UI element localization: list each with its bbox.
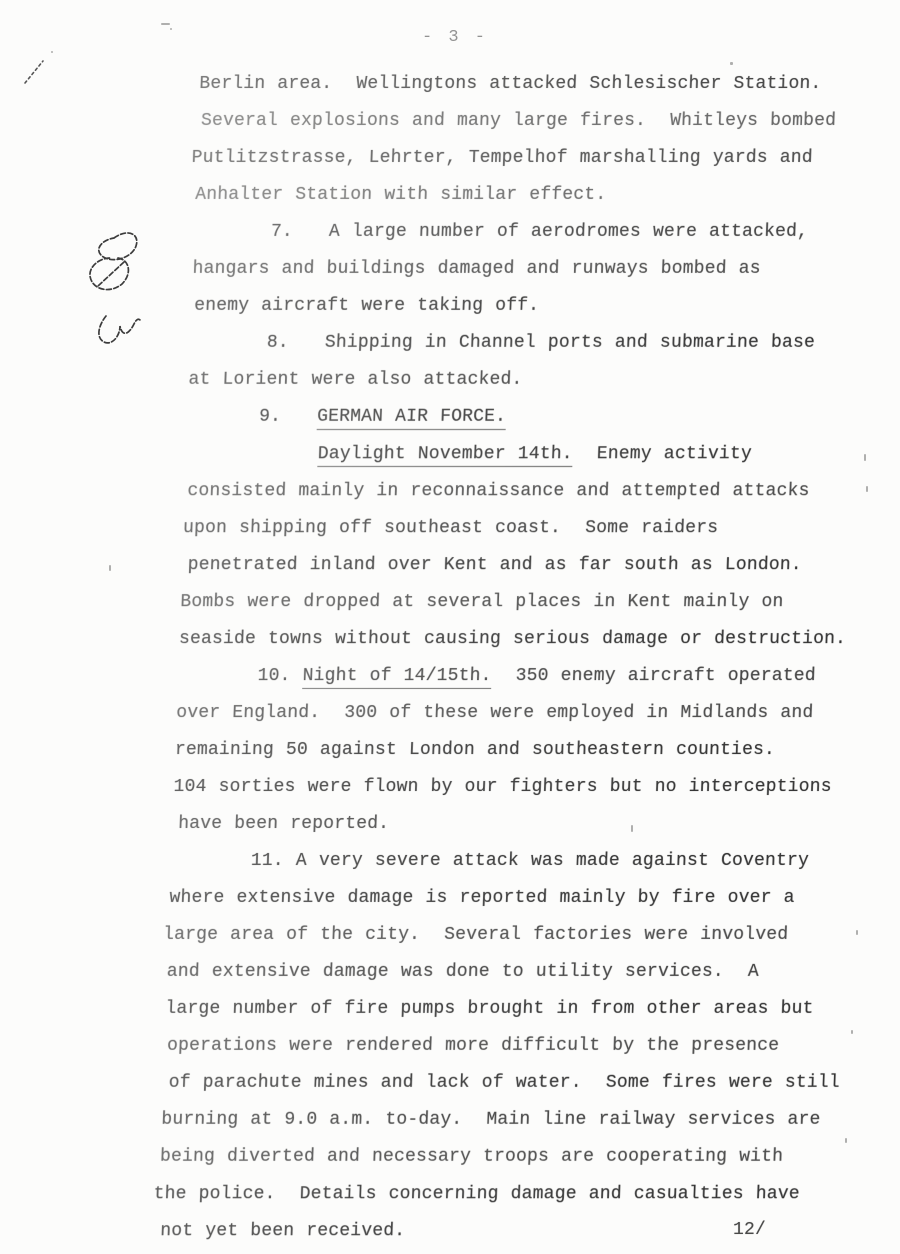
text-line: 10. Night of 14/15th. 350 enemy aircraft… [0, 658, 878, 695]
document-page: - 3 - Berlin area. Wellingtons attacked … [0, 0, 900, 1254]
text-segment: 10. [257, 666, 303, 686]
text-segment: seaside towns without causing serious da… [179, 629, 847, 649]
text-line: seaside towns without causing serious da… [0, 621, 880, 658]
ink-speck [864, 454, 866, 461]
text-line: large number of fire pumps brought in fr… [0, 991, 866, 1028]
text-segment: consisted mainly in reconnaissance and a… [187, 481, 810, 501]
text-line: have been reported. [0, 806, 873, 843]
text-line: and extensive damage was done to utility… [0, 954, 867, 991]
text-segment: of parachute mines and lack of water. So… [168, 1073, 840, 1093]
text-line: Putlitzstrasse, Lehrter, Tempelhof marsh… [0, 140, 897, 177]
ink-speck [161, 23, 170, 25]
text-line: 7. A large number of aerodromes were att… [0, 214, 895, 251]
ink-speck [170, 28, 172, 30]
text-segment: remaining 50 against London and southeas… [175, 740, 776, 760]
text-segment: enemy aircraft were taking off. [194, 296, 540, 316]
text-line: consisted mainly in reconnaissance and a… [0, 473, 885, 510]
text-line: not yet been received. [0, 1213, 858, 1250]
text-line: 104 sorties were flown by our fighters b… [0, 769, 874, 806]
text-line: operations were rendered more difficult … [0, 1028, 865, 1065]
text-line: enemy aircraft were taking off. [0, 288, 892, 325]
text-line: Berlin area. Wellingtons attacked Schles… [0, 66, 900, 103]
text-line: upon shipping off southeast coast. Some … [0, 510, 884, 547]
underlined-heading-text: Daylight November 14th. [317, 444, 573, 467]
ink-speck [845, 1138, 847, 1143]
text-segment: 7. A large number of aerodromes were att… [271, 222, 809, 242]
text-segment: over England. 300 of these were employed… [176, 703, 814, 723]
text-line: 9. GERMAN AIR FORCE. [0, 399, 888, 436]
text-segment: and extensive damage was done to utility… [166, 962, 759, 982]
text-segment: hangars and buildings damaged and runway… [192, 259, 761, 279]
text-line: remaining 50 against London and southeas… [0, 732, 876, 769]
text-line: of parachute mines and lack of water. So… [0, 1065, 863, 1102]
next-page-catchword: 12/ [733, 1220, 766, 1240]
text-line: Daylight November 14th. Enemy activity [0, 436, 886, 473]
ink-speck [856, 930, 858, 935]
text-line: 11. A very severe attack was made agains… [0, 843, 872, 880]
text-segment: not yet been received. [160, 1221, 406, 1241]
text-segment: Enemy activity [572, 444, 752, 464]
text-line: Several explosions and many large fires.… [0, 103, 898, 140]
text-line: large area of the city. Several factorie… [0, 917, 869, 954]
text-segment: have been reported. [178, 814, 390, 834]
ink-speck [631, 825, 633, 832]
underlined-heading-text: GERMAN AIR FORCE. [317, 407, 507, 430]
text-segment: the police. Details concerning damage an… [153, 1184, 800, 1204]
text-segment: where extensive damage is reported mainl… [169, 888, 795, 908]
text-line: hangars and buildings damaged and runway… [0, 251, 893, 288]
text-segment: 104 sorties were flown by our fighters b… [173, 777, 832, 797]
text-line: 8. Shipping in Channel ports and submari… [0, 325, 891, 362]
text-segment: burning at 9.0 a.m. to-day. Main line ra… [161, 1110, 821, 1130]
text-segment: Bombs were dropped at several places in … [180, 592, 784, 612]
ink-speck [109, 565, 111, 571]
text-segment: 350 enemy aircraft operated [491, 666, 816, 686]
text-line: Bombs were dropped at several places in … [0, 584, 881, 621]
text-segment: at Lorient were also attacked. [188, 370, 523, 390]
text-segment: 8. Shipping in Channel ports and submari… [266, 333, 815, 353]
text-line: where extensive damage is reported mainl… [0, 880, 870, 917]
text-segment: 11. A very severe attack was made agains… [250, 851, 809, 871]
text-line: Anhalter Station with similar effect. [0, 177, 896, 214]
ink-speck [730, 62, 733, 65]
text-line: being diverted and necessary troops are … [0, 1139, 861, 1176]
text-segment: Berlin area. Wellingtons attacked Schles… [199, 74, 822, 94]
text-segment: Anhalter Station with similar effect. [195, 185, 607, 205]
text-segment: large number of fire pumps brought in fr… [165, 999, 814, 1019]
text-line: at Lorient were also attacked. [0, 362, 889, 399]
text-segment: 9. [259, 407, 318, 427]
page-number: - 3 - [395, 28, 515, 47]
ink-speck [51, 51, 53, 53]
text-line: the police. Details concerning damage an… [0, 1176, 859, 1213]
text-line: burning at 9.0 a.m. to-day. Main line ra… [0, 1102, 862, 1139]
typed-text-block: Berlin area. Wellingtons attacked Schles… [0, 66, 900, 1250]
text-segment: Several explosions and many large fires.… [201, 111, 837, 131]
text-line: over England. 300 of these were employed… [0, 695, 877, 732]
text-segment: large area of the city. Several factorie… [163, 925, 789, 945]
ink-speck [851, 1030, 853, 1034]
text-segment: operations were rendered more difficult … [167, 1036, 780, 1056]
ink-speck [866, 486, 868, 492]
text-segment: penetrated inland over Kent and as far s… [187, 555, 802, 575]
text-segment: being diverted and necessary troops are … [160, 1147, 784, 1167]
text-segment: Putlitzstrasse, Lehrter, Tempelhof marsh… [191, 148, 813, 168]
text-line: penetrated inland over Kent and as far s… [0, 547, 882, 584]
text-segment: upon shipping off southeast coast. Some … [183, 518, 719, 538]
underlined-heading-text: Night of 14/15th. [302, 666, 492, 689]
